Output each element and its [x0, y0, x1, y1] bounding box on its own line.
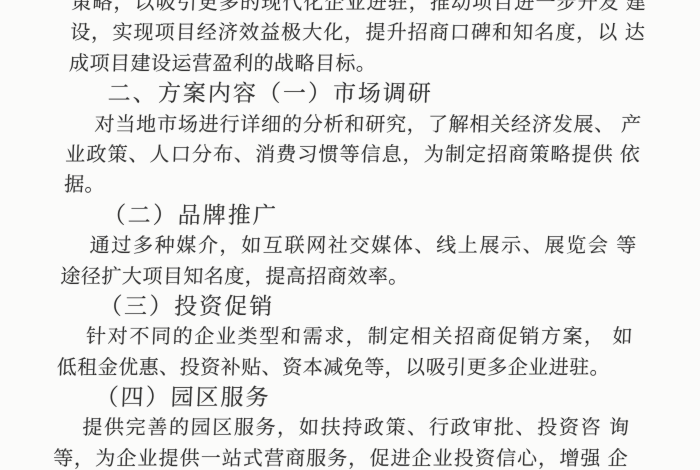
text-line: 针对不同的企业类型和需求，制定相关招商促销方案， 如 [57, 322, 633, 352]
section-heading: 二、方案内容（一）市场调研 [67, 79, 643, 109]
text-line: 对当地市场进行详细的分析和研究，了解相关经济发展、 产 [66, 110, 642, 140]
section-heading: （四）园区服务 [55, 383, 631, 413]
text-line: 成项目建设运营盈利的战略目标。 [68, 49, 644, 79]
text-line: 据。 [63, 170, 639, 200]
text-line: 设，实现项目经济效益极大化，提升招商口碑和知名度，以 达 [70, 18, 646, 48]
section-heading: （二）品牌推广 [62, 201, 638, 231]
text-line: 途径扩大项目知名度，提高招商效率。 [60, 262, 636, 292]
section-heading: （三）投资促销 [59, 292, 635, 322]
text-line: 低租金优惠、投资补贴、资本减免等，以吸引更多企业进驻。 [56, 353, 632, 383]
text-line: 策略，以吸引更多的现代化企业进驻，推动项目进一步开发 建 [71, 0, 647, 18]
text-line: 通过多种媒介，如互联网社交媒体、线上展示、展览会 等 [61, 231, 637, 261]
text-line: 提供完善的园区服务，如扶持政策、行政审批、投资咨 询 [54, 413, 630, 443]
text-line: 业政策、人口分布、消费习惯等信息，为制定招商策略提供 依 [65, 140, 641, 170]
document-page: 策略，以吸引更多的现代化企业进驻，推动项目进一步开发 建设，实现项目经济效益极大… [0, 0, 700, 470]
document-lines: 策略，以吸引更多的现代化企业进驻，推动项目进一步开发 建设，实现项目经济效益极大… [52, 0, 647, 470]
text-line: 等，为企业提供一站式营商服务，促进企业投资信心，增强 企 [52, 444, 628, 470]
